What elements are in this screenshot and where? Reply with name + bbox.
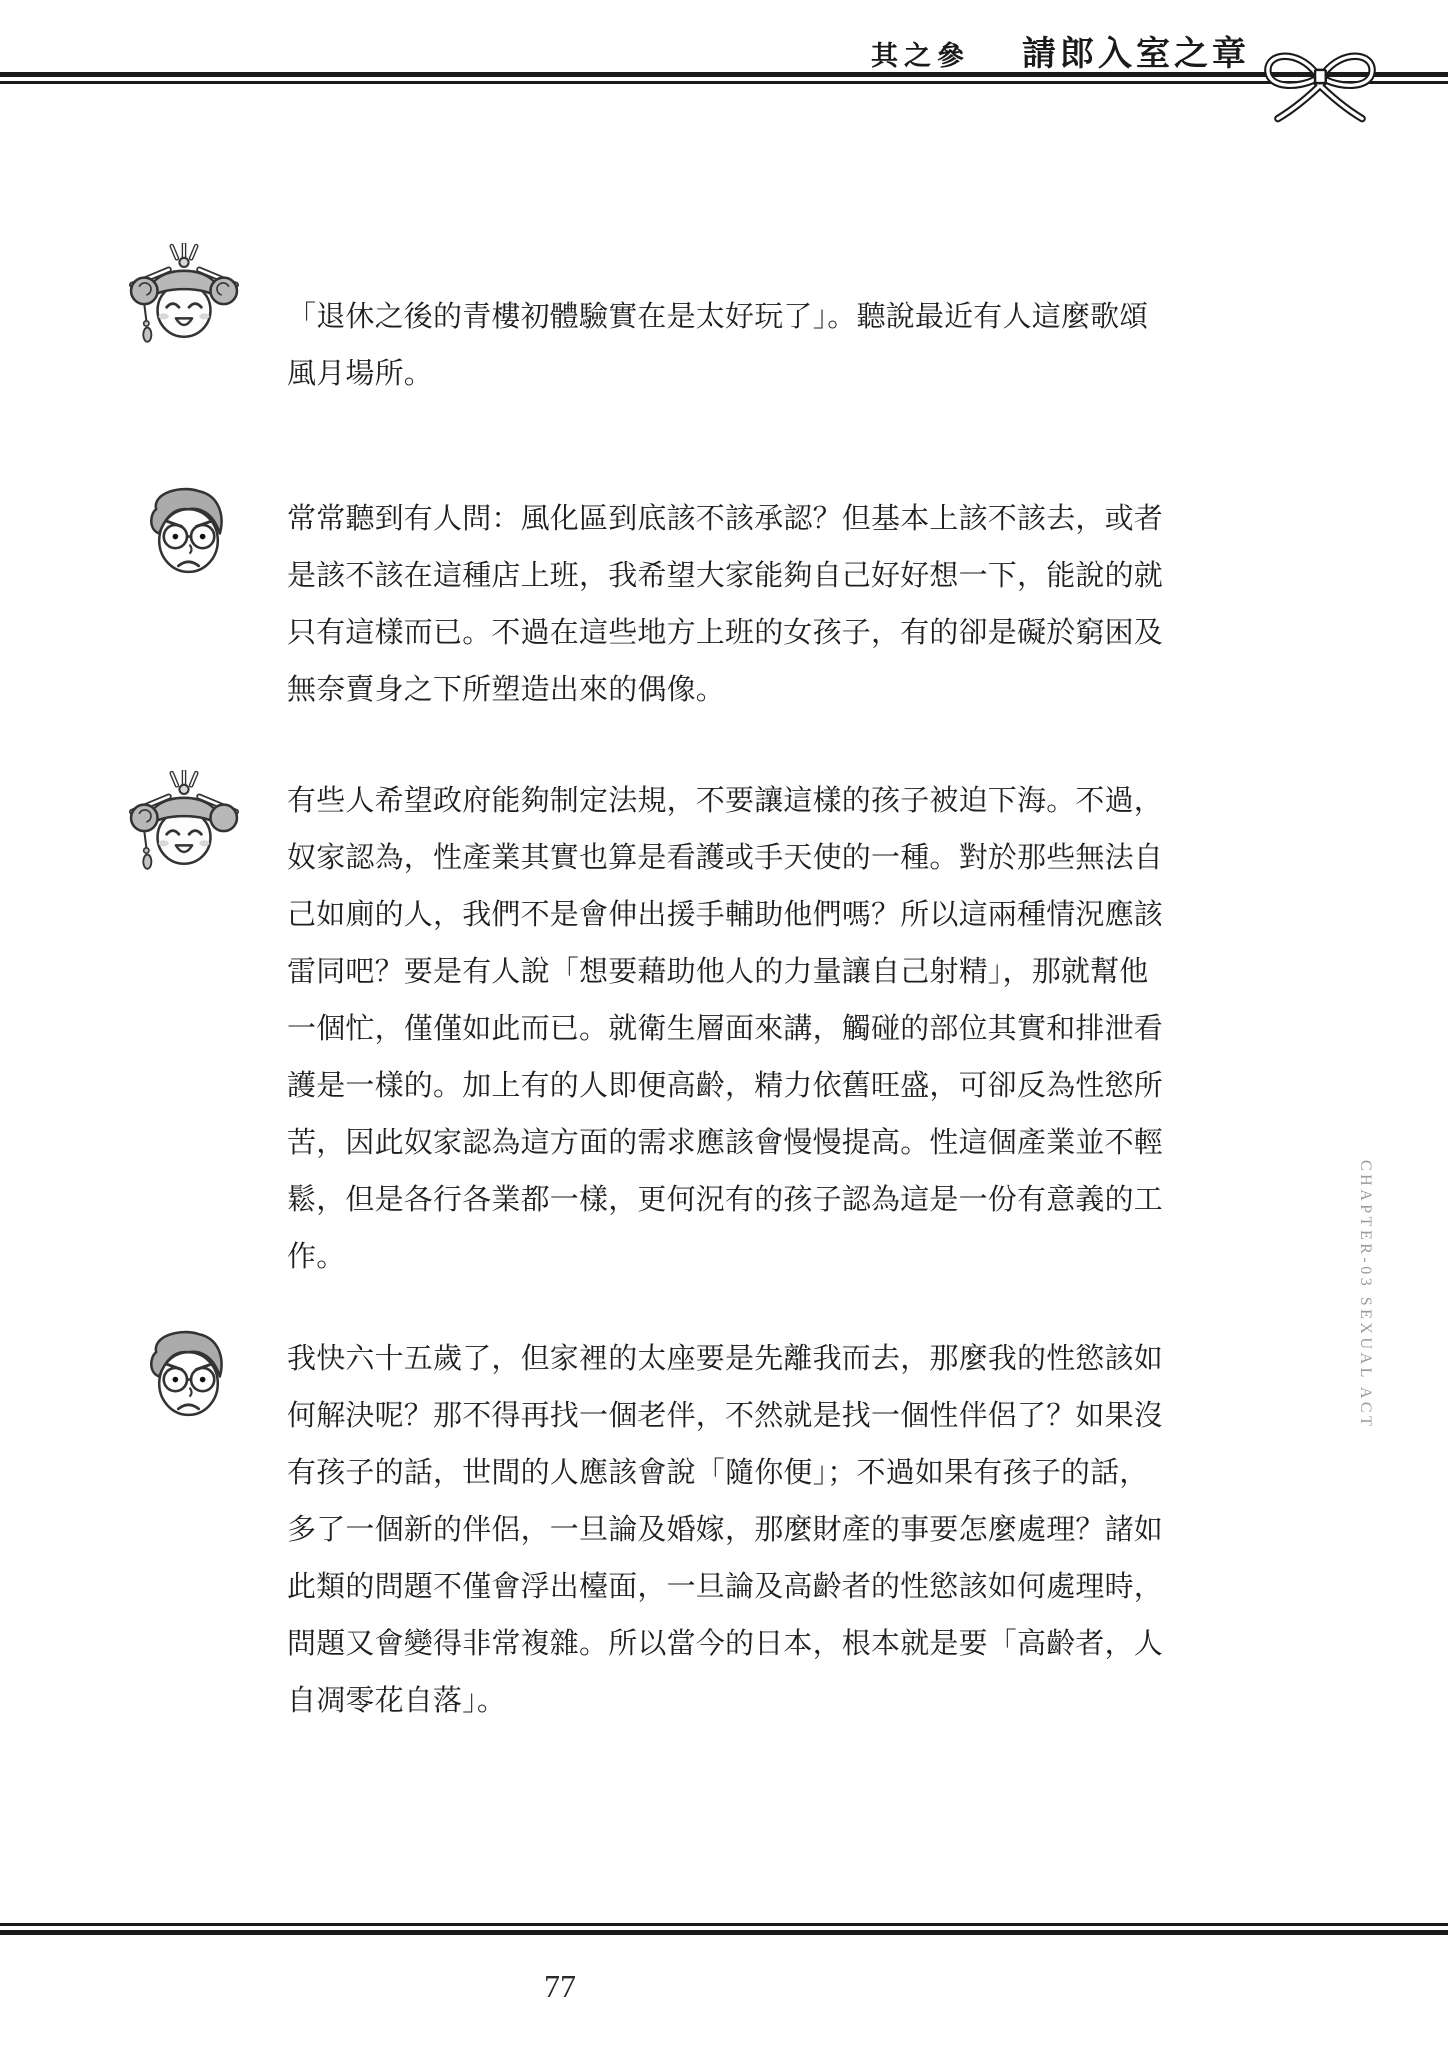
chapter-heading: 其之參 請郎入室之章 xyxy=(871,26,1250,75)
dialogue-paragraph: 我快六十五歲了，但家裡的太座要是先離我而去，那麼我的性慾該如 何解決呢？那不得再… xyxy=(287,1331,1175,1730)
side-chapter-marker: CHAPTER-03 SEXUAL ACT xyxy=(1356,1160,1374,1429)
bottom-rule-thick xyxy=(0,1930,1448,1935)
ribbon-bow-icon xyxy=(1258,36,1382,131)
page-number: 77 xyxy=(500,1968,620,2005)
dialogue-paragraph: 「退休之後的青樓初體驗實在是太好玩了」。聽說最近有人這麼歌頌 風月場所。 xyxy=(287,289,1175,403)
book-page: 其之參 請郎入室之章 xyxy=(0,0,1448,2048)
chapter-number: 其之參 xyxy=(871,34,970,73)
top-rule-thin xyxy=(0,81,1448,84)
grandpa-avatar-icon xyxy=(140,1326,236,1427)
bottom-rule-thin xyxy=(0,1923,1448,1926)
dialogue-paragraph: 有些人希望政府能夠制定法規，不要讓這樣的孩子被迫下海。不過， 奴家認為，性產業其… xyxy=(287,773,1175,1286)
oiran-avatar-icon xyxy=(128,770,240,877)
grandpa-avatar-icon xyxy=(140,483,236,584)
top-rule-thick xyxy=(0,72,1448,77)
dialogue-paragraph: 常常聽到有人問：風化區到底該不該承認？但基本上該不該去，或者 是該不該在這種店上… xyxy=(287,491,1175,719)
chapter-title: 請郎入室之章 xyxy=(1022,26,1250,75)
oiran-avatar-icon xyxy=(128,243,240,350)
